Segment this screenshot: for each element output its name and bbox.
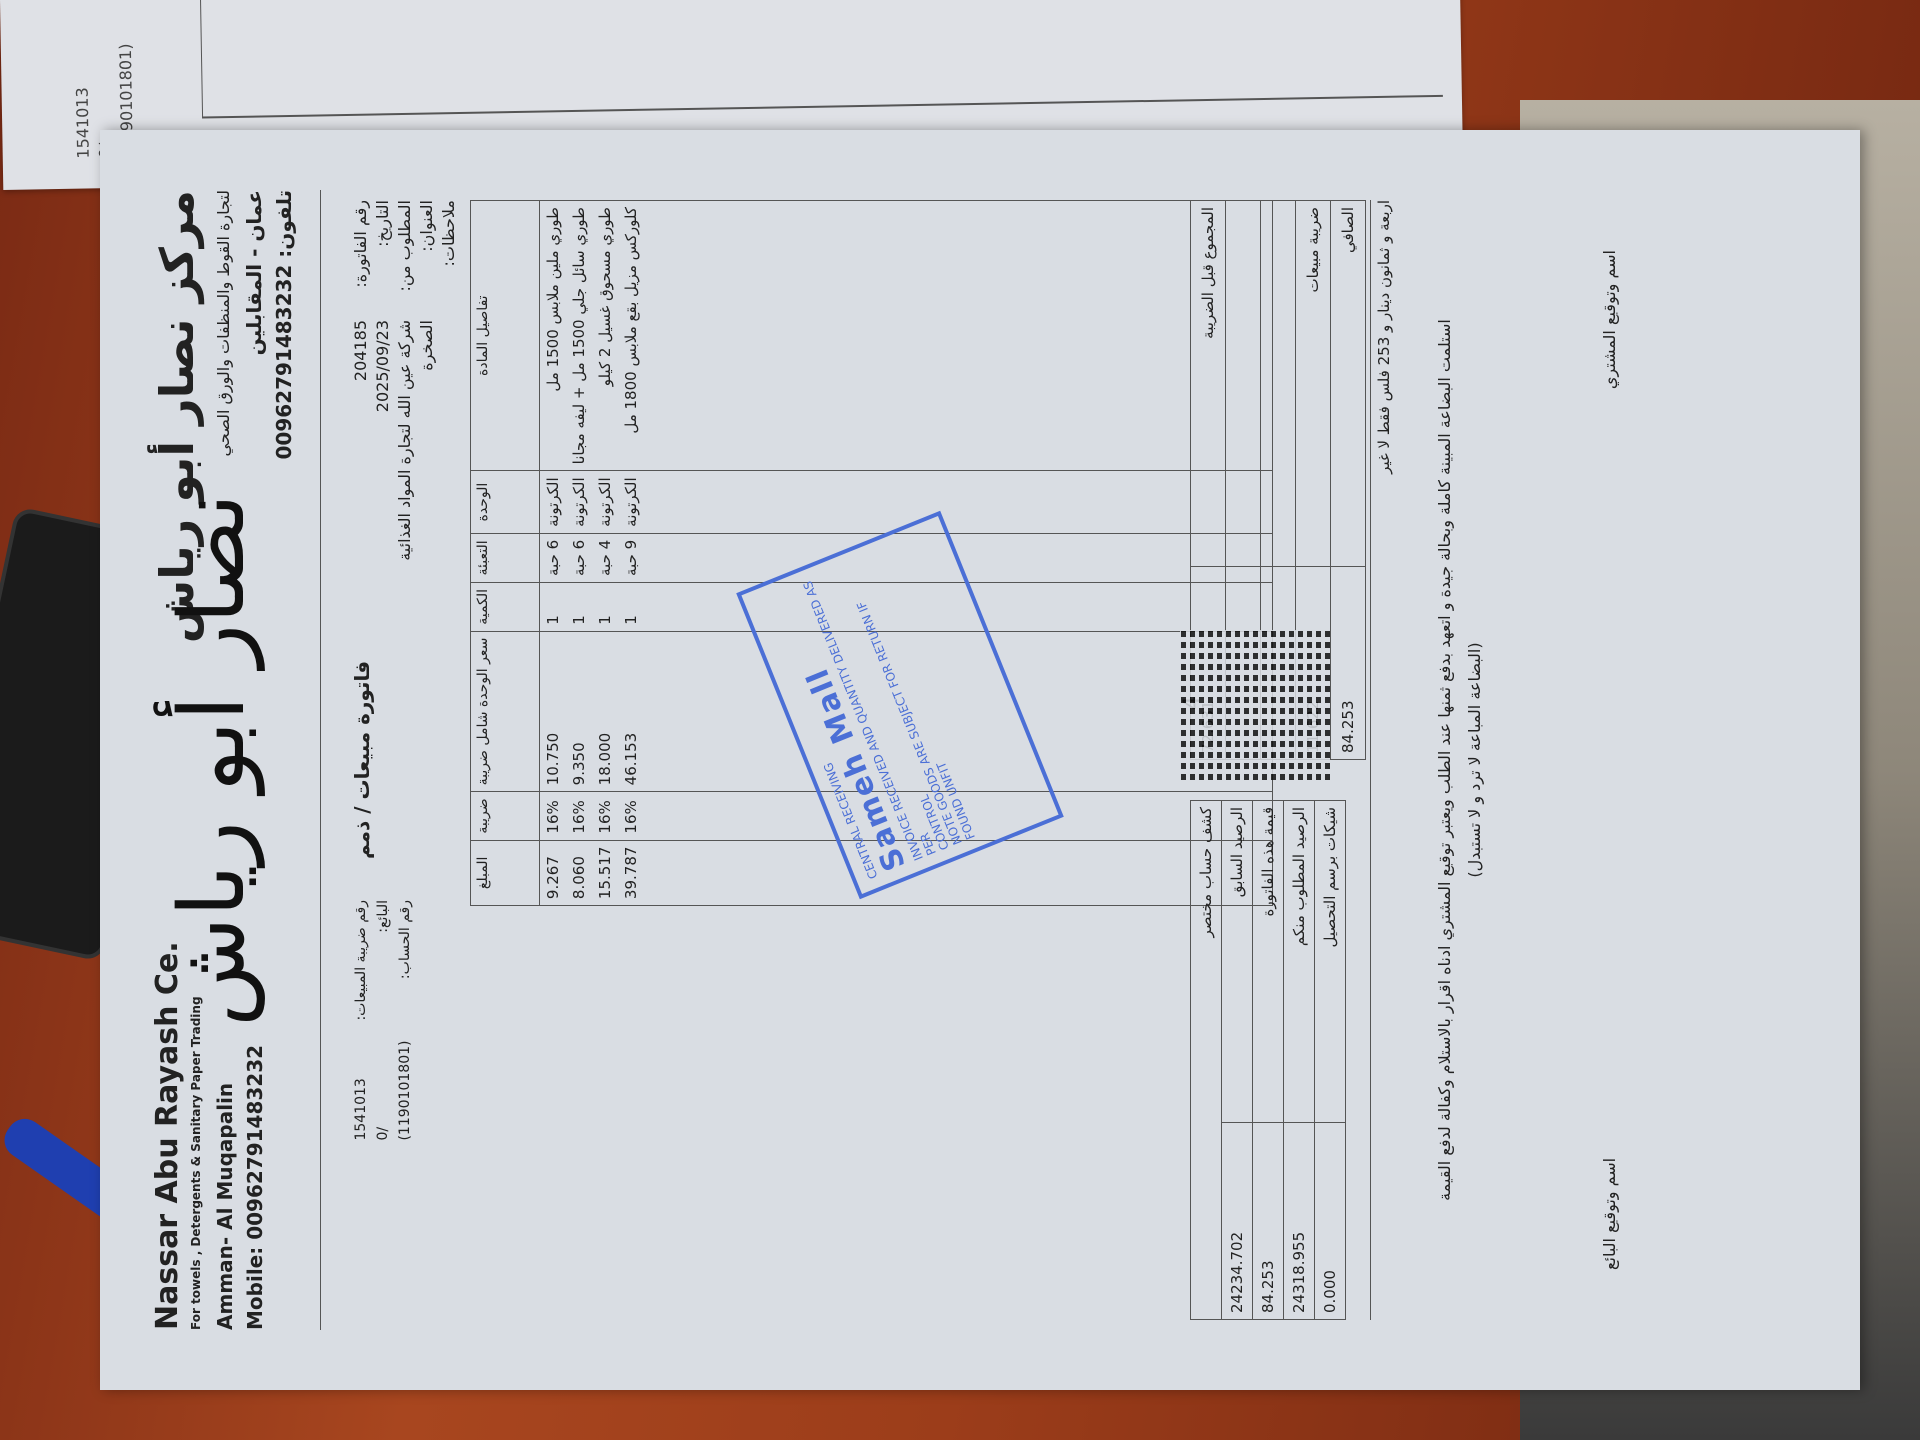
items-header-row: تفاصيل المادةالوحدةالتعبئةالكميةسعر الوح… — [471, 201, 540, 906]
column-header: سعر الوحدة شامل ضريبة — [471, 631, 540, 792]
seller-english-block: Nassar Abu Rayash Ce. For towels , Deter… — [150, 941, 267, 1330]
invoice-number: 204185 — [350, 320, 372, 381]
sales-tax-value: 1541013 — [350, 1041, 372, 1141]
terms-line1: استلمت البضاعة المبينة كاملة وبحالة جيدة… — [1430, 220, 1460, 1300]
tax-label: ضريبة مبيعات — [1296, 201, 1331, 567]
phone-value: 00962791483232 — [272, 265, 296, 460]
cell-tax: 16% — [592, 792, 618, 840]
invoice-title: فاتورة مبيعات / ذمم — [350, 661, 374, 859]
seller-mobile-en: Mobile: 00962791483232 — [243, 941, 267, 1330]
statement-value: 24318.955 — [1284, 1122, 1315, 1319]
seller-city-en: Amman- Al Muqapalin — [213, 941, 237, 1330]
table-row: كلوركس مزيل بقع ملابس 1800 ملالكرتونة9 ح… — [618, 201, 644, 906]
bill-to-label: المطلوب من: — [394, 200, 416, 310]
cell-tax: 16% — [618, 792, 644, 840]
header-divider — [320, 190, 321, 1330]
column-header: التعبئة — [471, 533, 540, 582]
seller-subtitle-en: For towels , Detergents & Sanitary Paper… — [189, 941, 203, 1330]
account-value: (1190101801) — [394, 1041, 416, 1141]
buyer-signature-label: اسم وتوقيع المشتري — [1600, 250, 1619, 389]
cell-unit: الكرتونة — [592, 471, 618, 533]
cell-qty: 1 — [618, 582, 644, 631]
seller-name-en: Nassar Abu Rayash Ce. — [150, 941, 185, 1330]
cell-pack: 6 حبة — [540, 533, 567, 582]
cell-amount: 15.517 — [592, 840, 618, 906]
account-statement: كشف حساب مختصر الرصيد السابق24234.702قيم… — [1190, 800, 1346, 1320]
cell-tax: 16% — [566, 792, 592, 840]
seller-subtitle-ar: لتجارة القوط والمنظفات والورق الصحي — [214, 190, 233, 456]
table-row: طوري مسحوق غسيل 2 كيلوالكرتونة4 حبة118.0… — [592, 201, 618, 906]
statement-row: الرصيد المطلوب منكم24318.955 — [1284, 801, 1315, 1320]
seller-phone-ar: تلفون: 00962791483232 — [272, 190, 296, 459]
cell-unit: الكرتونة — [540, 471, 567, 533]
column-header: ضريبة — [471, 792, 540, 840]
invoice-meta: رقم الفاتورة:204185 التاريخ:2025/09/23 ا… — [350, 200, 460, 680]
seller-label: البائع: — [372, 900, 394, 1021]
cell-pack: 4 حبة — [592, 533, 618, 582]
cell-price: 46.153 — [618, 631, 644, 792]
cell-price: 18.000 — [592, 631, 618, 792]
cell-qty: 1 — [566, 582, 592, 631]
mobile-value: 00962791483232 — [243, 1045, 267, 1240]
column-header: المبلغ — [471, 840, 540, 906]
cell-qty: 1 — [592, 582, 618, 631]
statement-value: 0.000 — [1315, 1122, 1346, 1319]
cell-tax: 16% — [540, 792, 567, 840]
statement-label: الرصيد المطلوب منكم — [1284, 801, 1315, 1123]
invoice-sheet: مركز نصار أبو رياش لتجارة القوط والمنظفا… — [100, 130, 1860, 1390]
invoice-date-label: التاريخ: — [372, 200, 394, 310]
statement-value: 24234.702 — [1222, 1122, 1253, 1319]
statement-row: قيمة هذه الفاتورة84.253 — [1253, 801, 1284, 1320]
invoice-date: 2025/09/23 — [372, 320, 394, 412]
column-header: الوحدة — [471, 471, 540, 533]
mobile-label: Mobile: — [243, 1247, 267, 1330]
statement-row: الرصيد السابق24234.702 — [1222, 801, 1253, 1320]
statement-label: قيمة هذه الفاتورة — [1253, 801, 1284, 1123]
net-label: الصافي — [1331, 201, 1366, 567]
cell-amount: 9.267 — [540, 840, 567, 906]
cell-desc: كلوركس مزيل بقع ملابس 1800 مل — [618, 201, 644, 471]
cell-unit: الكرتونة — [618, 471, 644, 533]
phone-label: تلفون: — [272, 190, 296, 258]
tax-meta: رقم ضريبة المبيعات: البائع: رقم الحساب: … — [350, 900, 416, 1320]
column-header: الكمية — [471, 582, 540, 631]
account-label: رقم الحساب: — [394, 900, 416, 1021]
table-row: طوري ملين ملابس 1500 ملالكرتونة6 حبة110.… — [540, 201, 567, 906]
cell-desc: طوري ملين ملابس 1500 مل — [540, 201, 567, 471]
column-header: تفاصيل المادة — [471, 201, 540, 471]
sales-tax-label: رقم ضريبة المبيعات: — [350, 900, 372, 1021]
address-label: العنوان: — [416, 200, 438, 310]
statement-label: شيكات برسم التحصيل — [1315, 801, 1346, 1123]
qr-code — [1180, 630, 1330, 780]
amount-in-words: اربعة و ثمانون دينار و 253 فلس فقط لا غي… — [1370, 200, 1393, 1320]
statement-title: كشف حساب مختصر — [1191, 801, 1222, 1320]
cell-pack: 9 حبة — [618, 533, 644, 582]
seller-value: 0/ — [372, 1041, 394, 1141]
cell-desc: طوري مسحوق غسيل 2 كيلو — [592, 201, 618, 471]
seller-signature-label: اسم وتوقيع البائع — [1600, 1158, 1619, 1270]
background-paper-grid — [200, 0, 1443, 118]
cell-pack: 6 حبة — [566, 533, 592, 582]
net-value: 84.253 — [1331, 567, 1366, 760]
statement-row: شيكات برسم التحصيل0.000 — [1315, 801, 1346, 1320]
seller-city-ar: عمان - المقابلين — [242, 190, 266, 355]
statement-value: 84.253 — [1253, 1122, 1284, 1319]
terms: استلمت البضاعة المبينة كاملة وبحالة جيدة… — [1430, 220, 1490, 1300]
cell-amount: 39.787 — [618, 840, 644, 906]
bg-id-1: 1541013 — [71, 38, 95, 158]
subtotal-label: المجموع قبل الضريبة — [1191, 201, 1226, 567]
table-row: طوري سائل جلي 1500 مل + ليفه مجاناالكرتو… — [566, 201, 592, 906]
invoice-number-label: رقم الفاتورة: — [350, 200, 372, 310]
notes-label: ملاحظات: — [438, 200, 460, 310]
cell-unit: الكرتونة — [566, 471, 592, 533]
address: الصخرة — [416, 320, 438, 371]
statement-label: الرصيد السابق — [1222, 801, 1253, 1123]
cell-price: 9.350 — [566, 631, 592, 792]
cell-amount: 8.060 — [566, 840, 592, 906]
invoice-sheet-wrapper: مركز نصار أبو رياش لتجارة القوط والمنظفا… — [100, 130, 1880, 1390]
bill-to: شركة عين الله لتجارة المواد الغذائية — [394, 320, 416, 561]
terms-line2: (البضاعة المباعة لا ترد و لا تستبدل) — [1460, 220, 1490, 1300]
cell-qty: 1 — [540, 582, 567, 631]
cell-desc: طوري سائل جلي 1500 مل + ليفه مجانا — [566, 201, 592, 471]
cell-price: 10.750 — [540, 631, 567, 792]
